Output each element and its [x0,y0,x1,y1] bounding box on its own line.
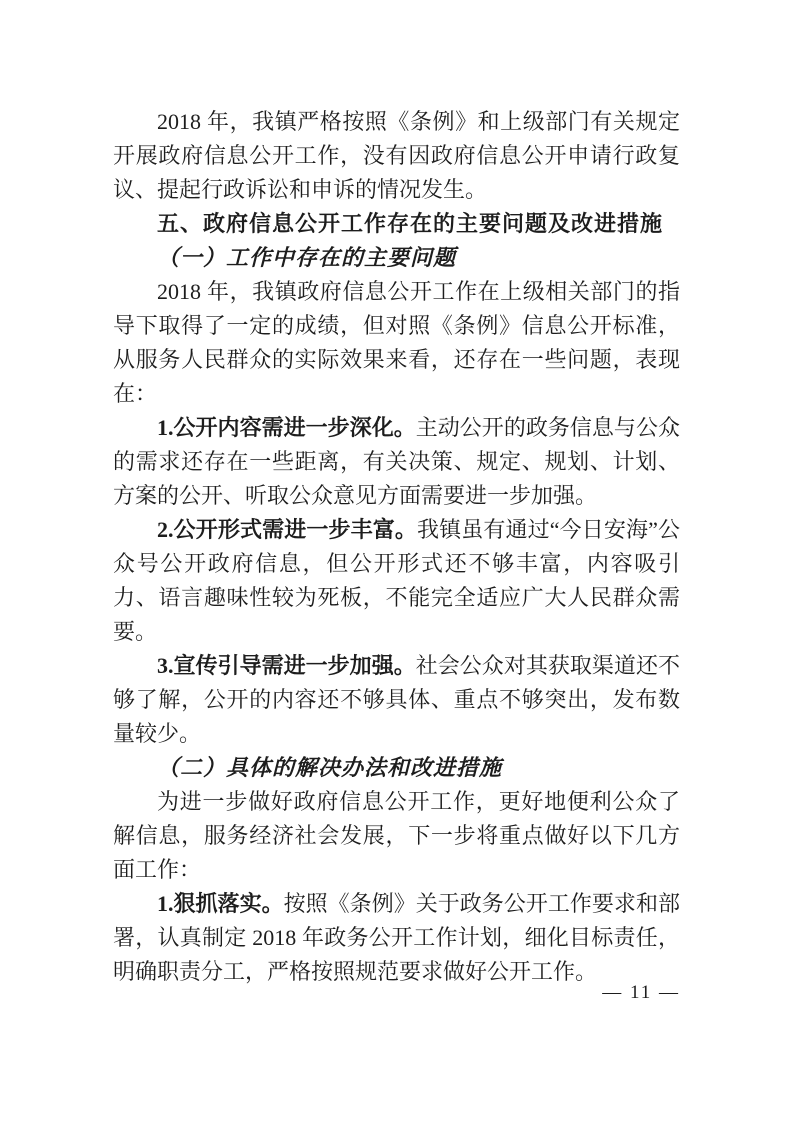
page-number: — 11 — [602,982,680,1004]
paragraph-issue-1: 1.公开内容需进一步深化。主动公开的政务信息与公众的需求还存在一些距离，有关决策… [113,411,680,513]
paragraph-compliance: 2018 年，我镇严格按照《条例》和上级部门有关规定开展政府信息公开工作，没有因… [113,105,680,207]
document-page: 2018 年，我镇严格按照《条例》和上级部门有关规定开展政府信息公开工作，没有因… [0,0,793,1122]
paragraph-measure-1: 1.狠抓落实。按照《条例》关于政务公开工作要求和部署，认真制定 2018 年政务… [113,887,680,989]
subsection-heading-2: （二）具体的解决办法和改进措施 [113,751,680,785]
paragraph-measures-intro: 为进一步做好政府信息公开工作，更好地便利公众了解信息，服务经济社会发展，下一步将… [113,785,680,887]
measure-1-lead: 1.狠抓落实。 [157,891,284,916]
section-heading-5: 五、政府信息公开工作存在的主要问题及改进措施 [113,207,680,241]
document-body: 2018 年，我镇严格按照《条例》和上级部门有关规定开展政府信息公开工作，没有因… [113,105,680,989]
issue-2-lead: 2.公开形式需进一步丰富。 [157,517,417,542]
paragraph-issue-2: 2.公开形式需进一步丰富。我镇虽有通过“今日安海”公众号公开政府信息，但公开形式… [113,513,680,649]
paragraph-issue-3: 3.宣传引导需进一步加强。社会公众对其获取渠道还不够了解，公开的内容还不够具体、… [113,649,680,751]
issue-1-lead: 1.公开内容需进一步深化。 [157,415,416,440]
issue-3-lead: 3.宣传引导需进一步加强。 [157,653,416,678]
paragraph-problems-intro: 2018 年，我镇政府信息公开工作在上级相关部门的指导下取得了一定的成绩，但对照… [113,275,680,411]
subsection-heading-1: （一）工作中存在的主要问题 [113,241,680,275]
